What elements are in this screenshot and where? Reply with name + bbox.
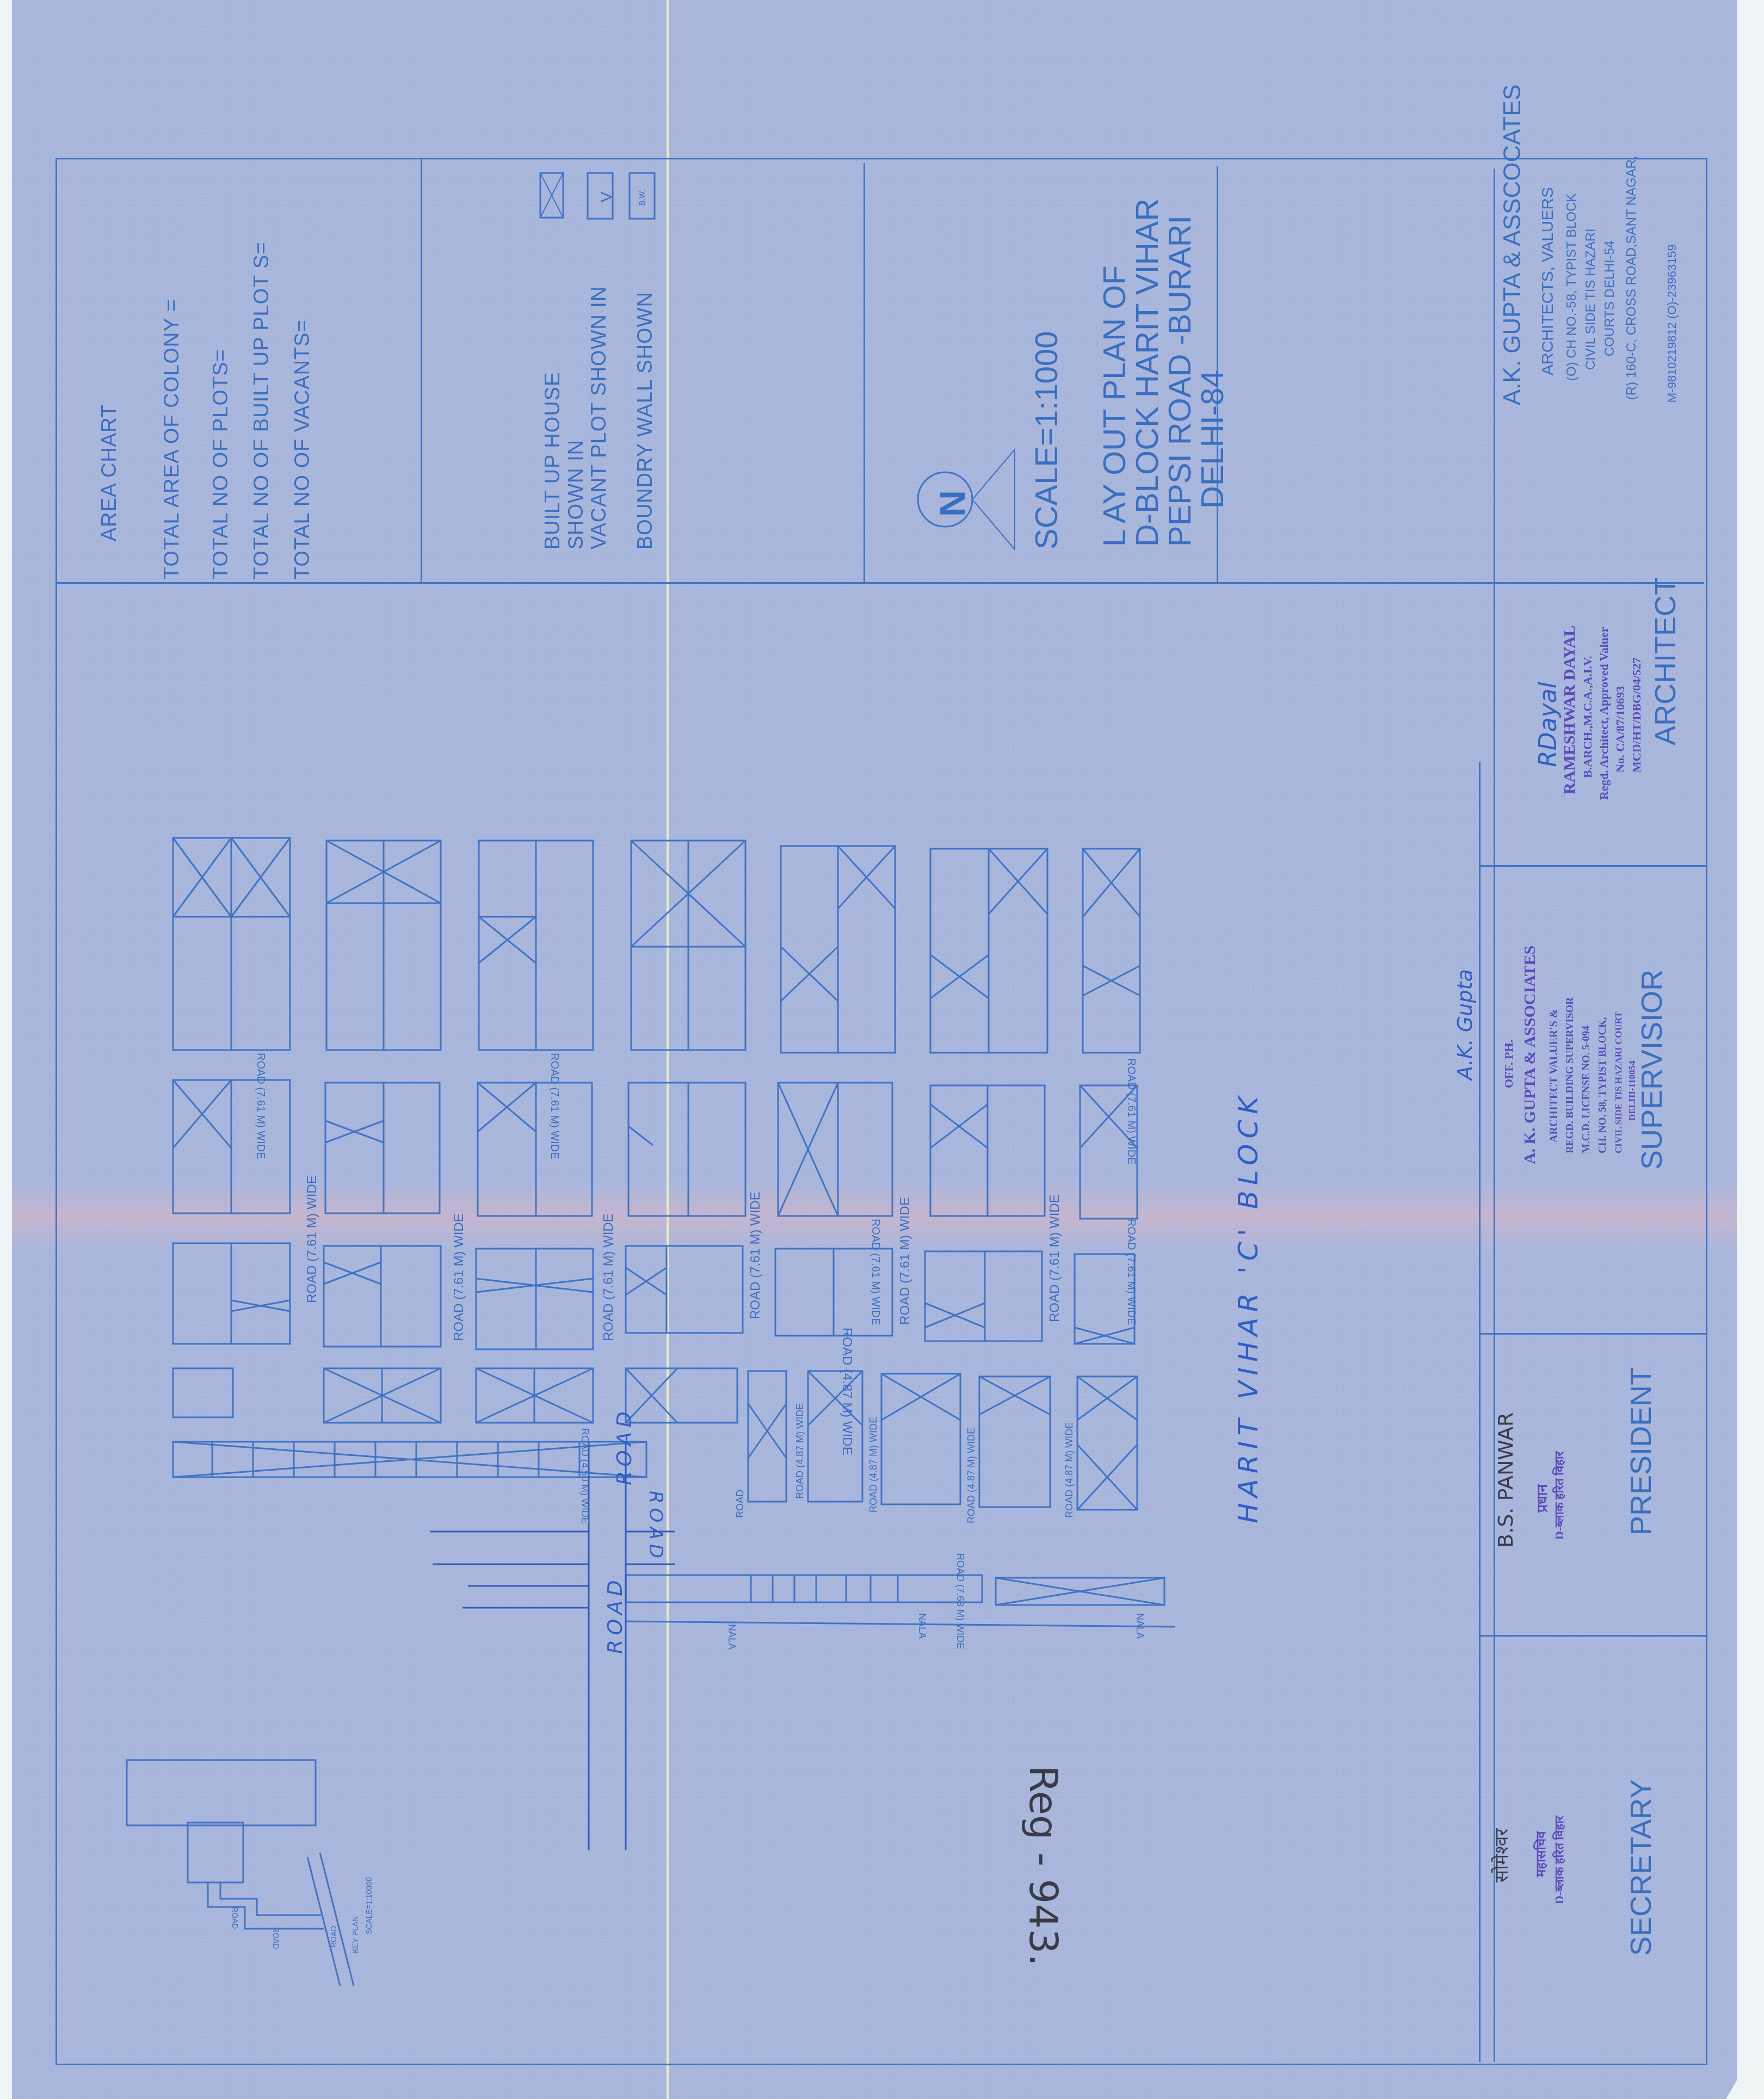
key-plan-drawing — [127, 1760, 354, 1986]
road-label: ROAD (7.61 M) WIDE — [748, 1192, 763, 1319]
registration-number: Reg - 943. — [1021, 1765, 1066, 1966]
key-plan-road-label: ROAD — [272, 1927, 280, 1949]
road-label: ROAD (7.61 M) WIDE — [254, 1053, 267, 1159]
road-label: ROAD (7.61 M) WIDE — [452, 1213, 467, 1341]
road-label: ROAD (4.87 M) WIDE — [1064, 1422, 1075, 1518]
road-label: ROAD (7.61 M) WIDE — [1125, 1219, 1137, 1325]
road-label: ROAD (4.87 M) WIDE — [794, 1403, 806, 1499]
road-label: ROAD (7.61 M) WIDE — [1047, 1194, 1063, 1322]
key-plan-road-label: ROAD — [231, 1907, 239, 1929]
handwritten-road: ROAD — [612, 1407, 636, 1485]
road-label: ROAD (4.87 M) WIDE — [966, 1428, 977, 1523]
key-plan-scale: SCALE=1:10000 — [365, 1877, 373, 1934]
road-label: ROAD (4.87 M) WIDE — [868, 1417, 879, 1512]
nala-label: NALA — [726, 1624, 737, 1650]
road-label: ROAD (7.61 M) WIDE — [601, 1213, 616, 1341]
road-label: ROAD (7.61 M) WIDE — [869, 1219, 881, 1325]
key-plan-road-label: ROAD — [329, 1926, 338, 1948]
handwritten-road: ROAD — [603, 1576, 627, 1654]
nala-label: NALA — [1134, 1613, 1145, 1639]
road-label: ROAD (7.61 M) WIDE — [305, 1175, 320, 1303]
road-label: ROAD (4.87 M) WIDE — [839, 1328, 854, 1455]
plot-row-upper — [173, 838, 1140, 1053]
road-label: ROAD (7.61 M) WIDE — [548, 1053, 560, 1159]
site-plan-drawing — [0, 0, 1764, 2099]
plot-row-bottom — [173, 1368, 1137, 1510]
nala-label: NALA — [916, 1613, 928, 1639]
plot-strip-450 — [173, 1442, 646, 1477]
road-label: ROAD (7.61 M) WIDE — [1125, 1058, 1137, 1165]
plot-strip-nala — [626, 1575, 1175, 1627]
road-label: ROAD (4.50 M) WIDE — [579, 1428, 590, 1524]
road-label: ROAD (7.63 M) WIDE — [954, 1553, 966, 1649]
key-plan-title: KEY PLAN — [351, 1916, 360, 1953]
handwritten-road: ROAD — [645, 1491, 667, 1563]
block-label: HARIT VIHAR 'C' BLOCK — [1232, 1091, 1264, 1523]
road-label: ROAD — [735, 1490, 746, 1518]
approach-road — [430, 1442, 675, 1850]
road-label: ROAD (7.61 M) WIDE — [898, 1197, 913, 1325]
